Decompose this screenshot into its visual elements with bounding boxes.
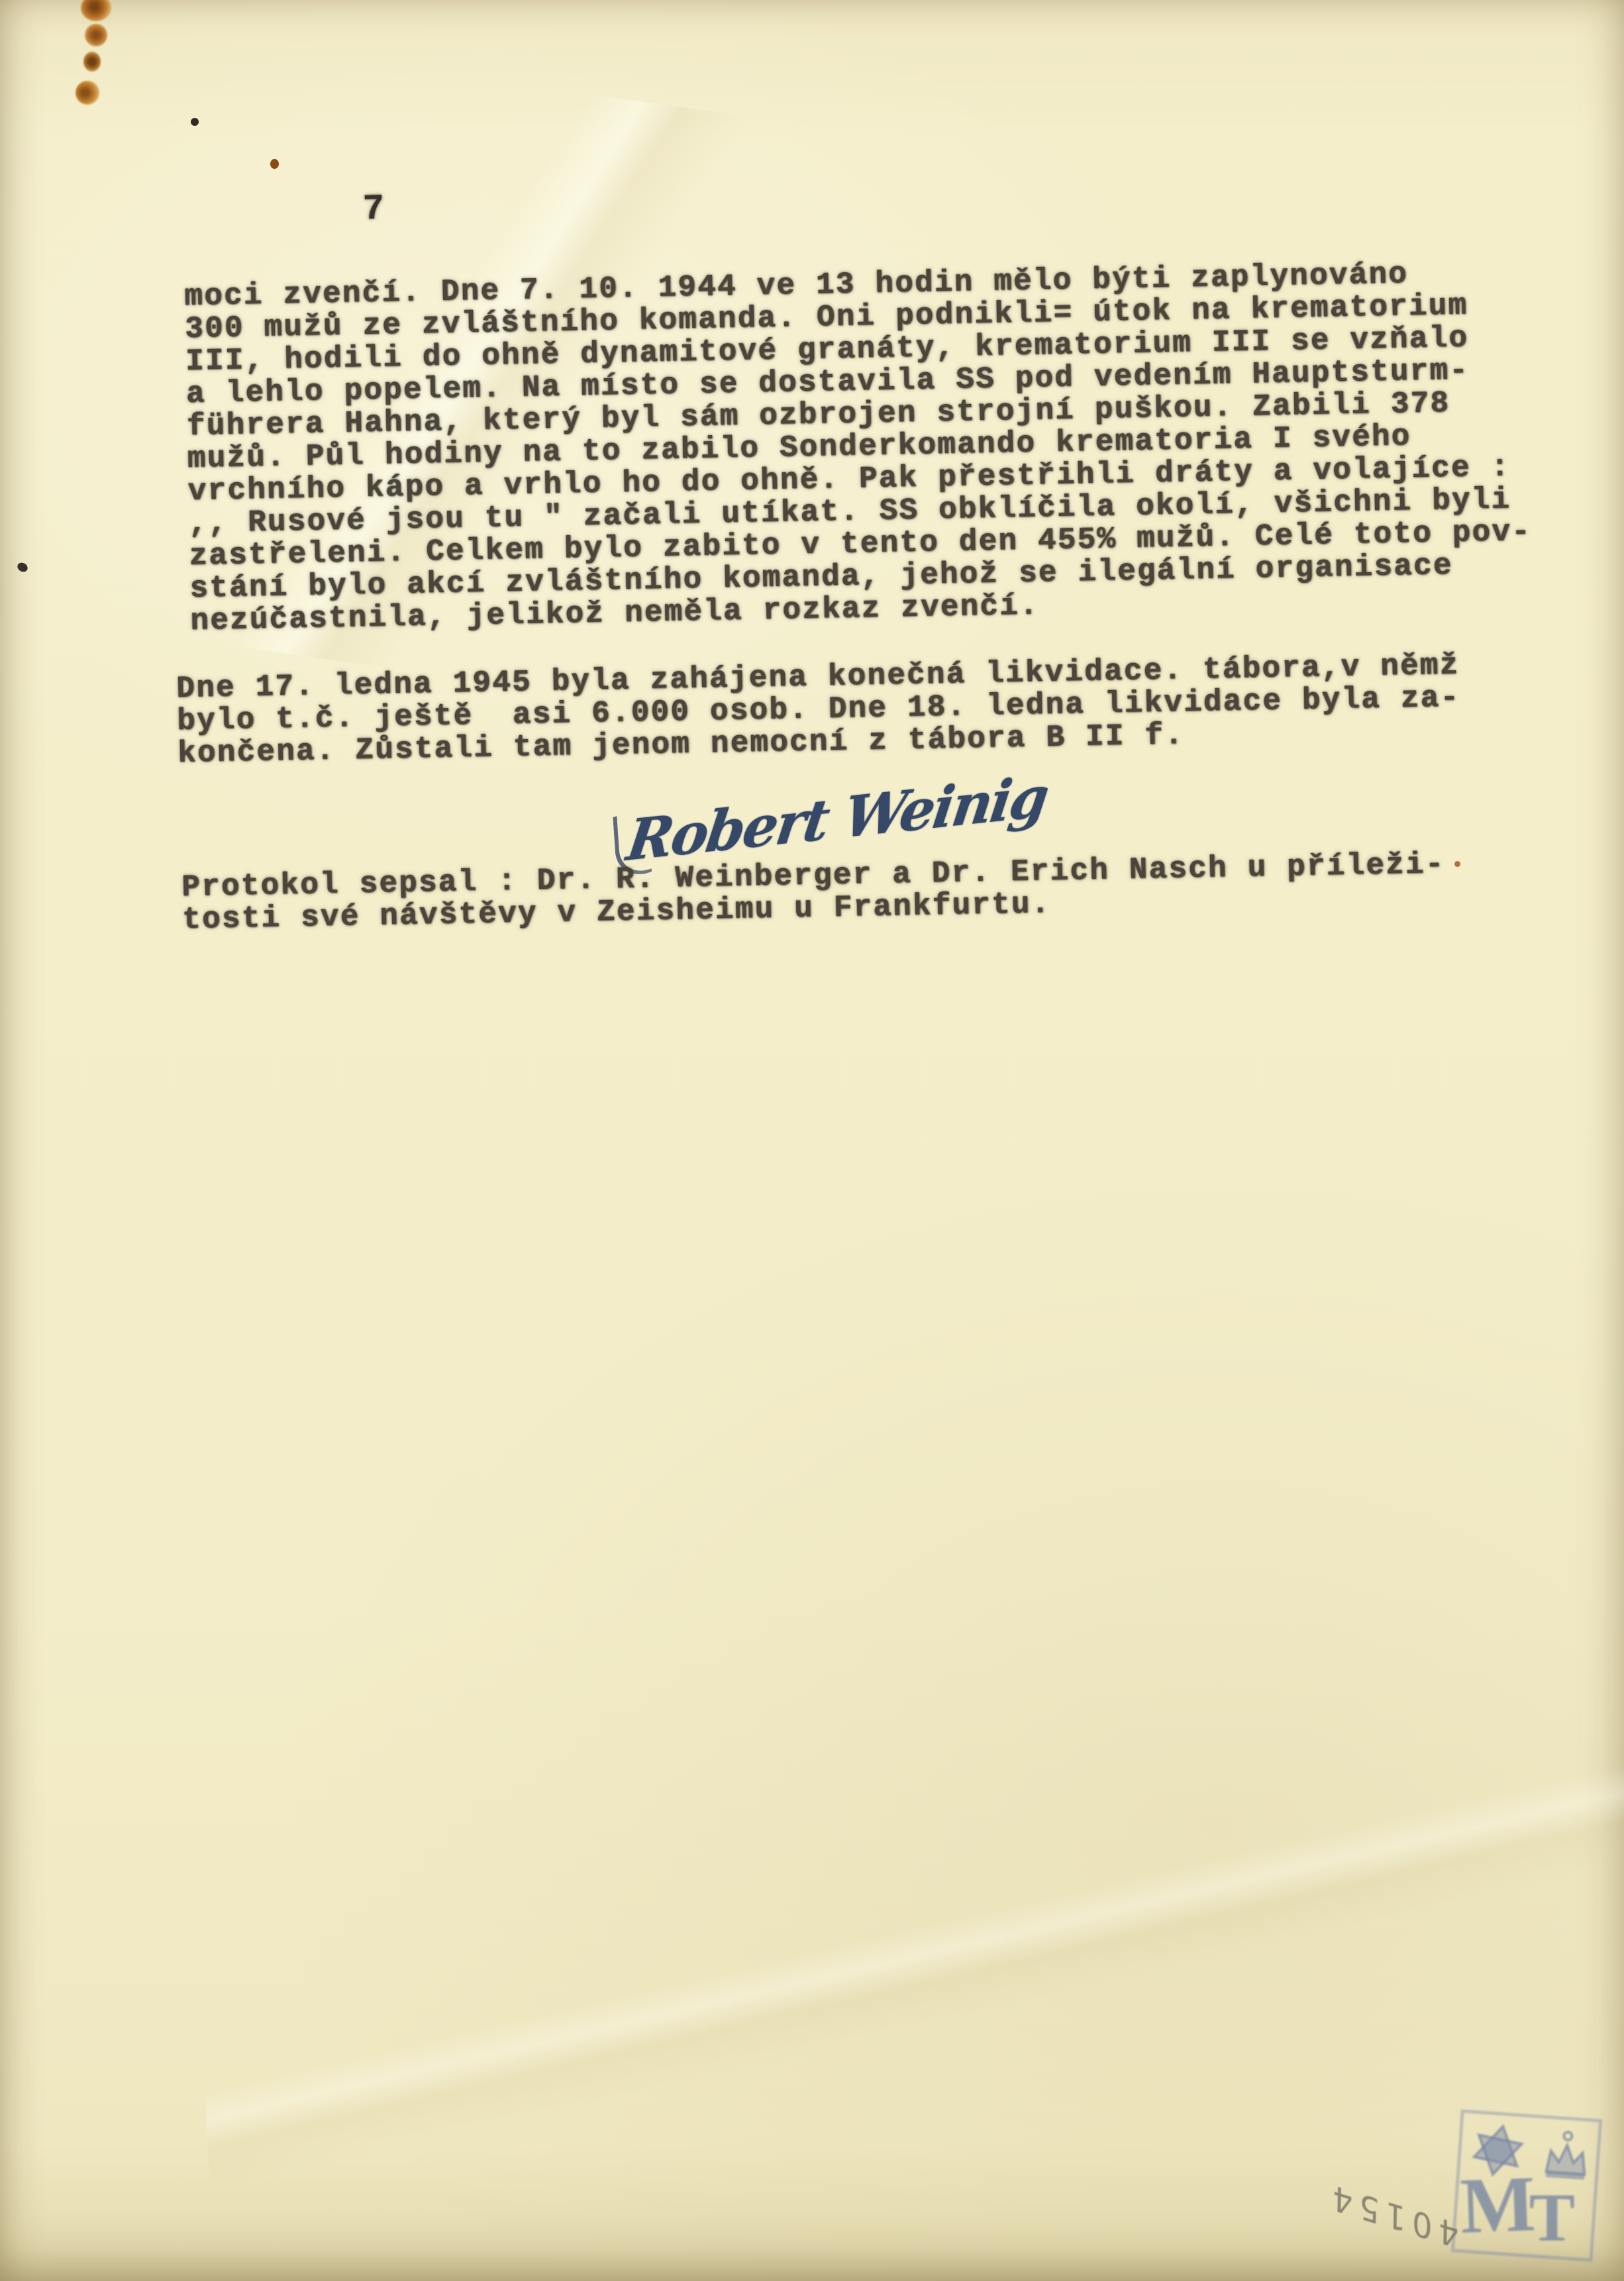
- paragraph-uprising: moci zvenčí. Dne 7. 10. 1944 ve 13 hodin…: [184, 256, 1533, 638]
- museum-stamp: M T: [1451, 2109, 1603, 2262]
- document-page: 7 moci zvenčí. Dne 7. 10. 1944 ve 13 hod…: [0, 0, 1624, 2281]
- crown-icon: [1541, 2128, 1593, 2183]
- paragraph-protocol: Protokol sepsal : Dr. R. Weinberger a Dr…: [181, 848, 1446, 937]
- page-number: 7: [362, 189, 385, 230]
- rust-stain: [83, 52, 101, 72]
- rust-stain: [81, 0, 111, 21]
- paper-crease: [187, 1684, 1624, 2223]
- paper-speck: [191, 118, 199, 126]
- paper-speck: [16, 561, 29, 574]
- paper-speck: [270, 159, 279, 169]
- paper-speck: [1454, 861, 1460, 867]
- stamp-letter-t: T: [1529, 2178, 1574, 2257]
- rust-stain: [76, 81, 99, 105]
- stamp-letter-m: M: [1458, 2158, 1537, 2252]
- pencil-inventory-number: 40154: [1326, 2175, 1459, 2255]
- rust-stain: [85, 24, 107, 46]
- paragraph-liquidation: Dne 17. ledna 1945 byla zahájena konečná…: [176, 649, 1461, 770]
